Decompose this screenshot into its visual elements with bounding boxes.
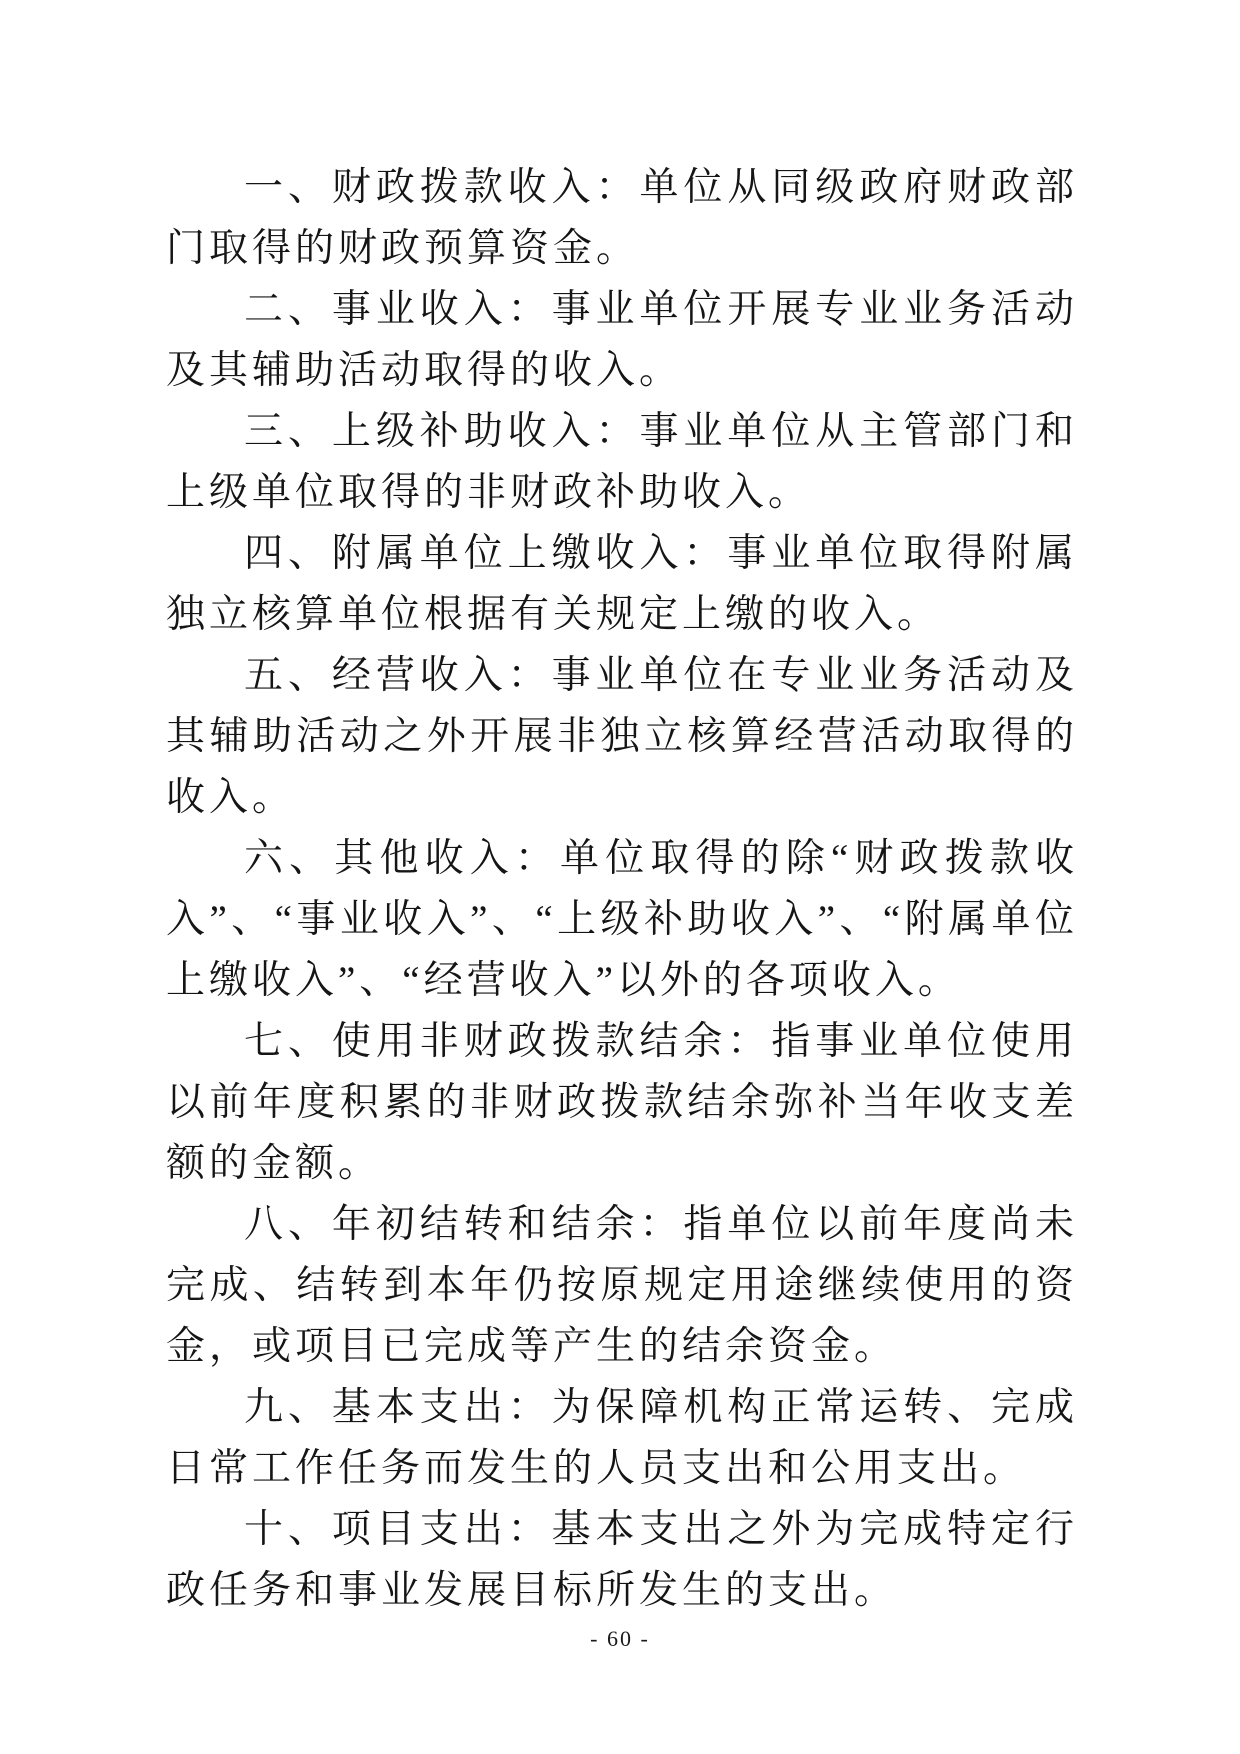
definition-paragraph-9: 九、基本支出：为保障机构正常运转、完成日常工作任务而发生的人员支出和公用支出。 (166, 1377, 1078, 1499)
definition-paragraph-10: 十、项目支出：基本支出之外为完成特定行政任务和事业发展目标所发生的支出。 (166, 1499, 1078, 1621)
definition-paragraph-4: 四、附属单位上缴收入：事业单位取得附属独立核算单位根据有关规定上缴的收入。 (166, 523, 1078, 645)
definition-paragraph-1: 一、财政拨款收入：单位从同级政府财政部门取得的财政预算资金。 (166, 157, 1078, 279)
page-number: - 60 - (0, 1626, 1240, 1652)
definition-paragraph-6: 六、其他收入：单位取得的除“财政拨款收入”、“事业收入”、“上级补助收入”、“附… (166, 828, 1078, 1011)
definition-paragraph-3: 三、上级补助收入：事业单位从主管部门和上级单位取得的非财政补助收入。 (166, 401, 1078, 523)
definition-paragraph-2: 二、事业收入：事业单位开展专业业务活动及其辅助活动取得的收入。 (166, 279, 1078, 401)
definition-paragraph-8: 八、年初结转和结余：指单位以前年度尚未完成、结转到本年仍按原规定用途继续使用的资… (166, 1194, 1078, 1377)
definition-paragraph-7: 七、使用非财政拨款结余：指事业单位使用以前年度积累的非财政拨款结余弥补当年收支差… (166, 1011, 1078, 1194)
definition-paragraph-5: 五、经营收入：事业单位在专业业务活动及其辅助活动之外开展非独立核算经营活动取得的… (166, 645, 1078, 828)
definitions-text-block: 一、财政拨款收入：单位从同级政府财政部门取得的财政预算资金。 二、事业收入：事业… (166, 157, 1078, 1621)
document-page: 一、财政拨款收入：单位从同级政府财政部门取得的财政预算资金。 二、事业收入：事业… (0, 0, 1240, 1754)
